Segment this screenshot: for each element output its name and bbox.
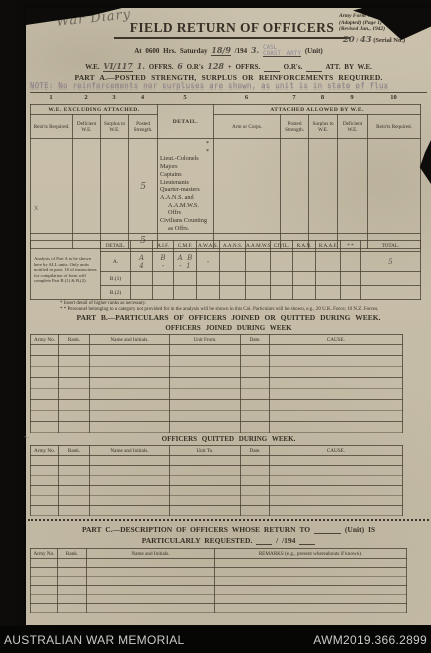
rank-line: Captains [160, 171, 211, 179]
col-num: 1 [30, 94, 72, 104]
time-prefix-label: At 0600 Hrs. Saturday [134, 47, 207, 55]
empty-cell [220, 252, 246, 272]
analysis-cell-aif: B- [153, 252, 174, 272]
offrs-label: OFFRS. [149, 63, 174, 71]
col-header-surplus-we-att: Surplus to W.E. [309, 115, 338, 139]
partc-col-rank: Rank. [58, 549, 87, 559]
col-header-reints-required-att: Rein'ts Required. [368, 115, 421, 139]
analysis-header-doublestar: * * [341, 241, 361, 252]
attached-offrs-blank [264, 64, 280, 72]
rank-line: A.A.M.W.S. Offrs [160, 202, 211, 217]
part-c-year-blank [299, 537, 315, 545]
hw-letter: B [153, 254, 173, 262]
partc-col-remarks: REMARKS (e.g., present whereabouts if kn… [215, 549, 407, 559]
joined-col-cause: CAUSE. [270, 335, 403, 345]
analysis-header-ran: R.A.N. [293, 241, 316, 252]
analysis-cell-awas: - [197, 252, 220, 272]
empty-cell [101, 139, 129, 234]
empty-cell [153, 286, 174, 300]
handwritten-we-value: VI/117 [103, 61, 133, 71]
handwritten-year-digit: 3. [251, 45, 259, 55]
empty-cell [341, 286, 361, 300]
quitted-col-army-no: Army No. [31, 446, 59, 456]
empty-cell [174, 272, 197, 286]
analysis-row-label-b2: B.(2) [101, 286, 131, 300]
empty-cell [271, 252, 293, 272]
analysis-header-aamws: A.A.M.W.S. [246, 241, 271, 252]
analysis-side-note: Analysis of Part A to be shown here by A… [31, 241, 101, 300]
typed-unit-line2: COAST ARTY [263, 51, 301, 57]
hw-mark: - [197, 258, 219, 266]
table-row [31, 456, 403, 466]
handwritten-offrs-count: 6 [177, 61, 183, 71]
analysis-cell-blank-col: A4 [131, 252, 153, 272]
empty-cell [341, 252, 361, 272]
partc-col-name: Name and Initials. [87, 549, 215, 559]
part-b-heading: PART B.—PARTICULARS OF OFFICERS JOINED O… [26, 313, 431, 322]
group-header-attached-allowed: ATTACHED ALLOWED BY W.E. [214, 105, 421, 115]
war-establishment-line: W.E. VI/117 1. OFFRS. 6 O.R's 128 + OFFR… [26, 61, 431, 72]
col-header-arm-or-corps: Arm or Corps. [214, 115, 281, 139]
part-c-table: Army No. Rank. Name and Initials. REMARK… [30, 548, 407, 613]
table-row [31, 559, 407, 568]
detail-column-header: DETAIL. [158, 105, 214, 139]
empty-cell [246, 252, 271, 272]
empty-cell [293, 252, 316, 272]
archive-name: AUSTRALIAN WAR MEMORIAL [4, 633, 184, 647]
col-num: 8 [308, 94, 337, 104]
hw-letter: A [131, 254, 152, 262]
quitted-col-unit-to: Unit To. [170, 446, 241, 456]
joined-col-unit-from: Unit From. [170, 335, 241, 345]
analysis-table: Analysis of Part A to be shown here by A… [30, 240, 421, 300]
quitted-col-cause: CAUSE. [270, 446, 403, 456]
empty-cell [31, 139, 73, 234]
empty-cell [246, 272, 271, 286]
handwritten-date: 18/9 [211, 45, 231, 55]
empty-cell [281, 139, 309, 234]
empty-cell [153, 272, 174, 286]
empty-cell [309, 139, 338, 234]
col-header-surplus-we: Surplus to W.E. [101, 115, 129, 139]
table-row [31, 345, 403, 356]
officers-quitted-title: OFFICERS QUITTED DURING WEEK. [26, 435, 431, 443]
partc-col-army-no: Army No. [31, 549, 58, 559]
group-header-excluding-attached: W.E. EXCLUDING ATTACHED. [31, 105, 158, 115]
col-header-posted-strength-att: Posted Strength. [281, 115, 309, 139]
analysis-footnotes: * Insert detail of higher ranks as neces… [60, 301, 420, 313]
col-num: 4 [128, 94, 157, 104]
handwritten-we-amendment: 1. [137, 61, 145, 71]
ors2-label: O.R's. [284, 63, 303, 71]
col-header-posted-strength: Posted Strength. [129, 115, 158, 139]
part-a-table: W.E. EXCLUDING ATTACHED. DETAIL. ATTACHE… [30, 104, 421, 249]
serial-handwritten-1: 20 [343, 35, 355, 45]
typed-flux-note: NOTE: No reinforcements nor surpluses ar… [30, 81, 427, 93]
hw-number: - [153, 262, 173, 270]
table-row [31, 586, 407, 595]
rank-detail-cell: * * Lieut.-Colonels Majors Captains Lieu… [158, 139, 214, 234]
empty-cell [368, 139, 421, 234]
rank-line: Lieut.-Colonels [160, 155, 211, 163]
quitted-col-date: Date. [241, 446, 270, 456]
serial-handwritten-2: 43 [360, 35, 372, 45]
form-title: FIELD RETURN OF OFFICERS [114, 20, 350, 39]
ors-label: O.R's [187, 63, 204, 71]
form-paper: War Diary FIELD RETURN OF OFFICERS Army … [26, 8, 431, 625]
table-row [31, 422, 403, 433]
analysis-header-total: TOTAL. [361, 241, 421, 252]
datetime-line: At 0600 Hrs. Saturday 18/9 /194 3. CASLC… [26, 45, 431, 57]
table-row [31, 604, 407, 613]
rank-line: Lieutenants [160, 179, 211, 187]
we-label: W.E. [85, 63, 100, 71]
year-prefix-label: /194 [235, 47, 247, 55]
empty-cell [361, 272, 421, 286]
table-row [31, 476, 403, 486]
empty-cell [293, 272, 316, 286]
rank-line: Majors [160, 163, 211, 171]
analysis-detail-header: DETAIL. [101, 241, 131, 252]
analysis-blank-header [131, 241, 153, 252]
perforation-dotted-line [28, 519, 429, 521]
part-c-date-blank [256, 537, 272, 545]
table-row [31, 568, 407, 577]
table-row [31, 577, 407, 586]
empty-cell [174, 286, 197, 300]
officers-joined-title: OFFICERS JOINED DURING WEEK [26, 324, 431, 332]
empty-cell [338, 139, 368, 234]
analysis-header-aans: A.A.N.S. [220, 241, 246, 252]
serial-slash: / [356, 37, 358, 44]
table-row [31, 466, 403, 476]
column-number-strip: 1 2 3 4 5 6 7 8 9 10 [30, 94, 420, 104]
table-row [31, 356, 403, 367]
col-header-deficient-we-att: Deficient W.E. [338, 115, 368, 139]
rank-line: as Offrs. [160, 225, 211, 233]
handwritten-ors-count: 128 [207, 61, 224, 71]
joined-col-army-no: Army No. [31, 335, 59, 345]
hw-total: 5 [361, 258, 420, 266]
rank-line: Civilians Counting [160, 217, 211, 225]
col-header-deficient-we: Deficient W.E. [73, 115, 101, 139]
col-num: 5 [157, 94, 213, 104]
joined-col-name: Name and Initials. [90, 335, 170, 345]
rank-line: A.A.N.S. and [160, 194, 211, 202]
empty-cell [271, 272, 293, 286]
rank-line-asterisk: * [160, 140, 211, 148]
joined-col-rank: Rank. [59, 335, 90, 345]
table-row [31, 506, 403, 516]
col-header-reints-required: Rein'ts Required. [31, 115, 73, 139]
empty-cell [220, 286, 246, 300]
analysis-row-label-a: A. [101, 252, 131, 272]
table-row [31, 496, 403, 506]
empty-cell [293, 286, 316, 300]
col-num: 9 [337, 94, 367, 104]
part-c-unit-suffix: (Unit) IS [345, 525, 375, 534]
col-num: 7 [280, 94, 308, 104]
quitted-col-name: Name and Initials. [90, 446, 170, 456]
empty-cell [341, 272, 361, 286]
empty-cell [197, 272, 220, 286]
hw-number: 4 [131, 262, 152, 270]
analysis-cell-total: 5 [361, 252, 421, 272]
empty-cell [316, 286, 341, 300]
empty-cell [271, 286, 293, 300]
col-num: 3 [100, 94, 128, 104]
empty-cell [316, 272, 341, 286]
analysis-header-awas: A.W.A.S. [197, 241, 220, 252]
empty-cell [316, 252, 341, 272]
table-row [31, 389, 403, 400]
empty-cell [214, 139, 281, 234]
rank-line-asterisk: * [160, 148, 211, 156]
officers-quitted-table: Army No. Rank. Name and Initials. Unit T… [30, 445, 403, 516]
analysis-cell-cmf: A B- 1 [174, 252, 197, 272]
part-c-heading-line1: PART C.—DESCRIPTION OF OFFICERS WHOSE RE… [26, 525, 431, 534]
table-row [31, 411, 403, 422]
archive-footer-bar: AUSTRALIAN WAR MEMORIAL AWM2019.366.2899 [0, 626, 431, 653]
plus-offrs-label: + OFFRS. [228, 63, 260, 71]
officers-joined-table: Army No. Rank. Name and Initials. Unit F… [30, 334, 403, 433]
col-num: 2 [72, 94, 100, 104]
empty-cell [246, 286, 271, 300]
empty-cell [131, 272, 153, 286]
posted-strength-cell: 5 [129, 139, 158, 234]
analysis-row-label-b1: B.(1) [101, 272, 131, 286]
part-c-date-suffix: / /194 [276, 536, 295, 545]
table-row [31, 486, 403, 496]
analysis-header-civil: CIVIL. [271, 241, 293, 252]
empty-cell [361, 286, 421, 300]
quitted-col-rank: Rank. [59, 446, 90, 456]
col-num: 6 [213, 94, 280, 104]
part-c-heading-prefix: PART C.—DESCRIPTION OF OFFICERS WHOSE RE… [82, 525, 310, 534]
attached-ors-blank [306, 64, 322, 72]
table-row [31, 400, 403, 411]
rank-line: Quarter-masters [160, 186, 211, 194]
empty-cell [197, 286, 220, 300]
hw-letter: A B [174, 254, 196, 262]
empty-cell [73, 139, 101, 234]
unit-label: (Unit) [305, 47, 323, 55]
joined-col-date: Date. [241, 335, 270, 345]
analysis-header-cmf: C.M.F. [174, 241, 197, 252]
handwritten-posted-strength: 5 [140, 184, 146, 190]
serial-number-line: 20 / 43 (Serial No.) [343, 35, 405, 45]
analysis-header-raaf: R.A.A.F. [316, 241, 341, 252]
empty-cell [220, 272, 246, 286]
empty-cell [131, 286, 153, 300]
table-row [31, 595, 407, 604]
analysis-header-aif: A.I.F. [153, 241, 174, 252]
scanned-document-page: War Diary FIELD RETURN OF OFFICERS Army … [0, 0, 431, 653]
typed-unit-name: CASLCOAST ARTY [263, 45, 301, 57]
part-c-heading-line2: PARTICULARLY REQUESTED. / /194 [26, 536, 431, 545]
hw-number: - 1 [174, 262, 196, 270]
catalog-number: AWM2019.366.2899 [313, 633, 427, 647]
part-c-requested-label: PARTICULARLY REQUESTED. [142, 536, 253, 545]
table-row [31, 367, 403, 378]
col-num: 10 [367, 94, 420, 104]
part-c-unit-blank [314, 526, 341, 534]
table-row [31, 378, 403, 389]
att-by-we-label: ATT. BY W.E. [325, 63, 371, 71]
